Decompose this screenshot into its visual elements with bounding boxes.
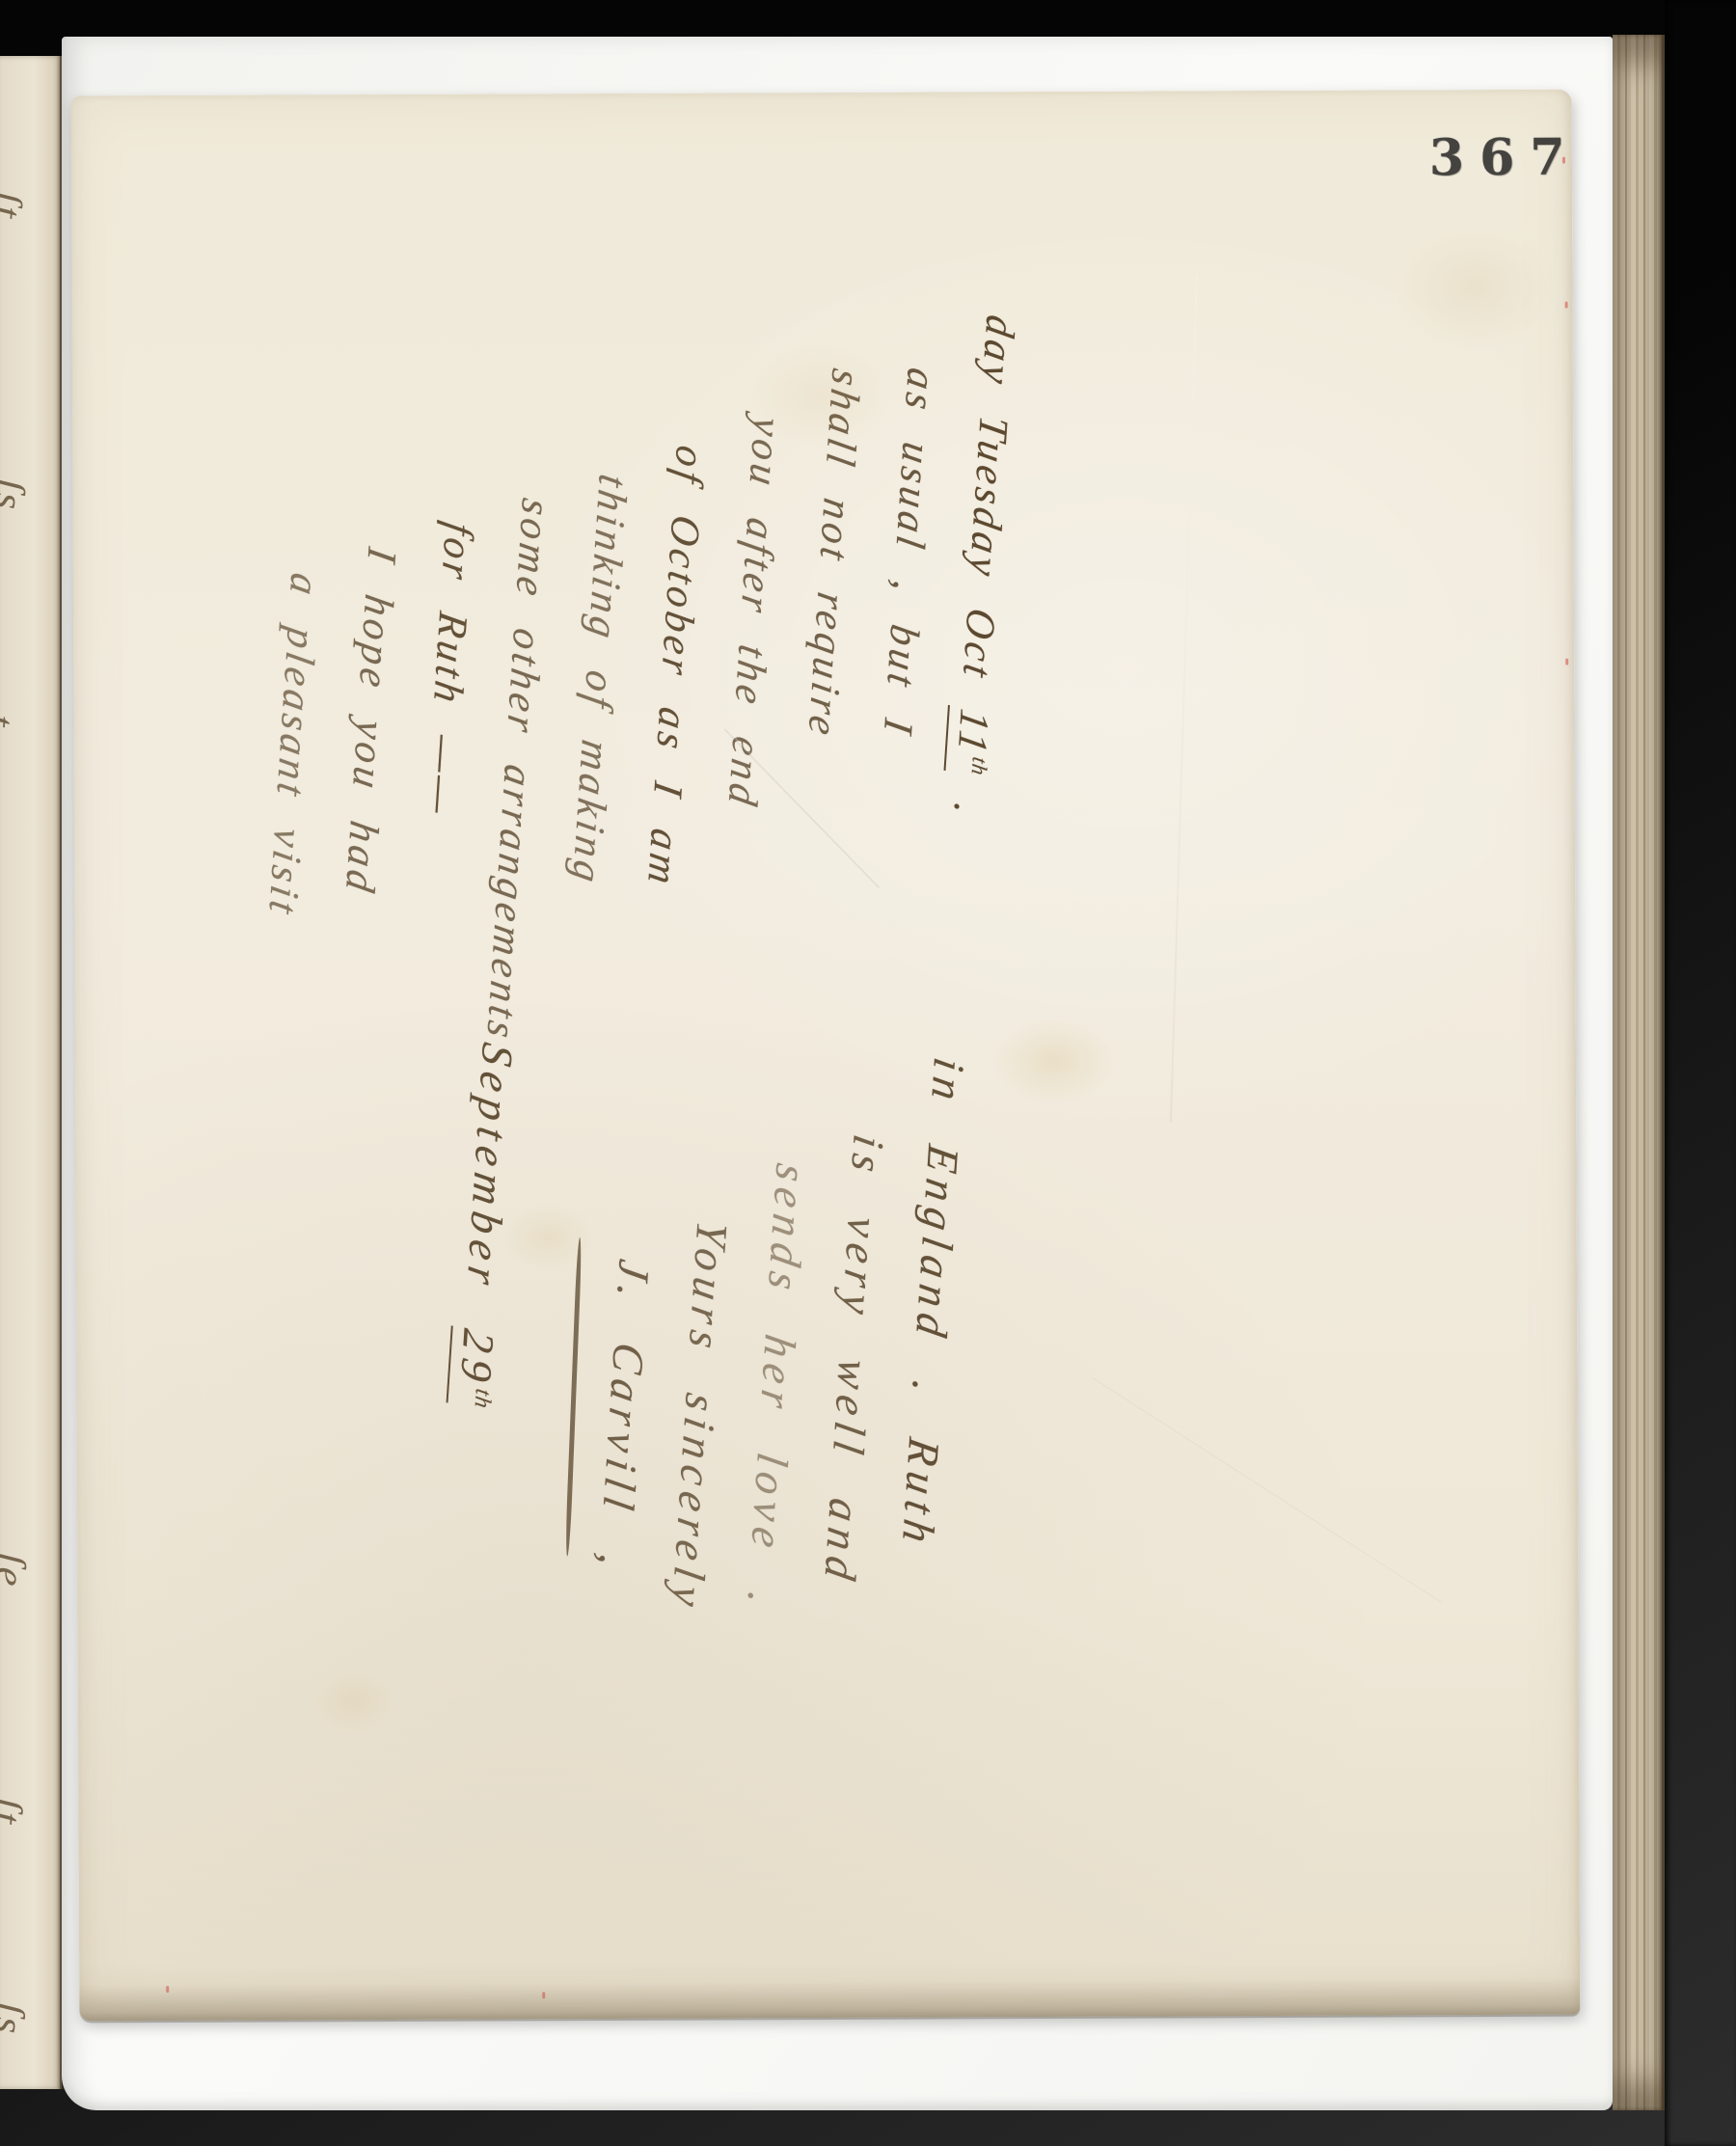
- manuscript-line: as usual , but Iis very well and: [772, 290, 950, 1874]
- line-text: a pleasant visit: [258, 570, 328, 921]
- red-speck: [1565, 302, 1568, 309]
- paper-crease: [1170, 275, 1198, 1124]
- letter-sheet: 367 day Tuesday Oct 11th .in England . R…: [71, 90, 1581, 2022]
- manuscript-line: a pleasant visit: [171, 251, 349, 1834]
- paper-stain: [310, 1667, 396, 1734]
- line-text: shall not require: [799, 366, 870, 743]
- manuscript-line: some other arrangementsSeptember 29th: [395, 265, 574, 1849]
- dateline-text: September 29th: [448, 1040, 523, 1412]
- ink-fragment: t: [0, 713, 25, 731]
- line-tail: sends her love .: [737, 1160, 817, 1616]
- facing-page-edge: ʃtſstʃeſtʃs: [0, 56, 62, 2089]
- manuscript-line: you after the endYours sincerely: [621, 281, 800, 1864]
- line-text: of October as I am: [637, 443, 714, 892]
- line-text: day Tuesday Oct 11th .: [944, 312, 1024, 822]
- line-tail: in England . Ruth: [892, 1054, 975, 1553]
- paper-crease: [724, 727, 882, 888]
- line-tail: Yours sincerely: [662, 1217, 738, 1616]
- ink-fragment: ſs: [0, 476, 35, 514]
- paper-stain: [747, 343, 892, 450]
- paper-stain: [991, 1018, 1117, 1105]
- line-tail: is very well and: [814, 1131, 894, 1590]
- line-text: as usual , but I: [874, 365, 945, 741]
- album-page: 367 day Tuesday Oct 11th .in England . R…: [62, 37, 1613, 2110]
- line-text: I hope you had: [336, 544, 405, 899]
- folio-number-stamp: 367: [1429, 127, 1632, 187]
- manuscript-line: for Ruth ——: [321, 260, 500, 1844]
- paper-stain: [1393, 225, 1558, 351]
- line-text: you after the end: [719, 414, 791, 813]
- manuscript-line: I hope you had: [246, 256, 424, 1839]
- paper-crease: [1094, 1377, 1444, 1603]
- photograph-backdrop: ʃtſstʃeſtʃs 367 day Tuesday Oct 11th .in…: [0, 0, 1736, 2146]
- ink-fragment: ʃs: [0, 2000, 36, 2038]
- red-speck: [1565, 659, 1568, 666]
- line-text: some other arrangements: [476, 495, 558, 1046]
- ink-fragment: ſt: [0, 1796, 33, 1829]
- book-cover-edge: [1665, 0, 1736, 2146]
- manuscript-line: thinking of making: [471, 270, 649, 1854]
- manuscript-line: of October as I amJ. Carvill ,: [546, 276, 724, 1860]
- red-speck: [542, 1992, 545, 1998]
- ink-fragment: ʃe: [0, 1551, 37, 1591]
- ink-fragment: ʃt: [0, 189, 33, 222]
- paper-stain: [501, 1203, 597, 1270]
- manuscript-line: shall not requiresends her love .: [696, 285, 875, 1869]
- manuscript-text: day Tuesday Oct 11th .in England . Rutha…: [171, 251, 1025, 1879]
- line-text: thinking of making: [562, 471, 636, 889]
- red-speck: [1562, 157, 1565, 164]
- red-speck: [166, 1986, 169, 1993]
- manuscript-line: day Tuesday Oct 11th .in England . Ruth: [846, 295, 1024, 1879]
- book-page-edges: [1613, 35, 1665, 2110]
- signature-text: J. Carvill ,: [589, 1256, 661, 1577]
- line-text: for Ruth ——: [416, 519, 482, 821]
